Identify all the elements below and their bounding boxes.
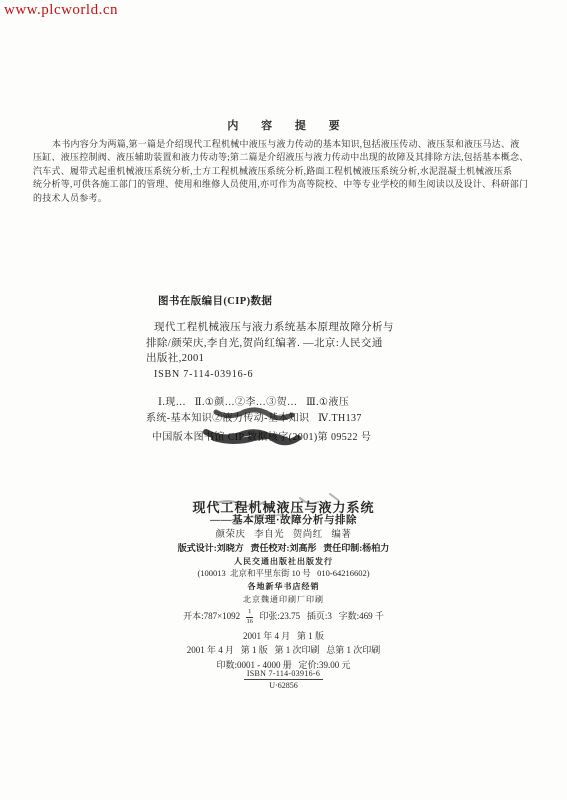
- cip-title-line: 现代工程机械液压与液力系统基本原理故障分析与: [154, 319, 394, 334]
- publisher-line: 人民交通出版社出版发行: [0, 556, 567, 567]
- book-copyright-page: www.plcworld.cn 内 容 提 要 本书内容分为两篇,第一篇是介绍现…: [0, 0, 567, 800]
- classification-number: U·62856: [244, 680, 323, 690]
- cip-registry-number: 中国版本图书馆 CIP 数据核字(2001)第 09522 号: [152, 428, 371, 443]
- fraction-numerator: 1: [246, 609, 253, 618]
- fraction-denominator: 16: [246, 618, 253, 626]
- cip-isbn: ISBN 7-114-03916-6: [154, 369, 253, 380]
- cip-author-line: 排除/颜荣庆,李自光,贺尚红编著. —北京:人民交通: [146, 335, 383, 350]
- summary-line: 压缸、液压控制阀、液压辅助装置和液力传动等;第二篇是介绍液压与液力传动中出现的故…: [33, 151, 543, 164]
- staff-credits-line: 版式设计:刘晓方 责任校对:刘高彤 责任印制:杨柏力: [0, 541, 567, 554]
- edition-line2: 2001 年 4 月 第 1 版 第 1 次印刷 总第 1 次印刷: [0, 643, 567, 656]
- isbn-classification-block: ISBN 7-114-03916-6 U·62856: [0, 669, 567, 693]
- isbn-number: ISBN 7-114-03916-6: [244, 669, 323, 680]
- cip-classification-line2: 系统-基本知识②液力传动-基本知识 Ⅳ.TH137: [146, 409, 362, 424]
- format-line: 开本:787×1092116印张:23.75 插页:3 字数:469 千: [0, 609, 567, 625]
- distribution-line: 各地新华书店经销: [0, 581, 567, 592]
- summary-line: 统分析等,可供各施工部门的管理、使用和维修人员使用,亦可作为高等院校、中等专业学…: [33, 178, 543, 191]
- format-size: 开本:787×1092: [183, 611, 240, 621]
- edition-line1: 2001 年 4 月 第 1 版: [0, 629, 567, 642]
- summary-line: 汽车式、履带式起重机械液压系统分析,土方工程机械液压系统分析,路面工程机械液压系…: [33, 165, 543, 178]
- isbn-fraction: ISBN 7-114-03916-6 U·62856: [244, 669, 323, 690]
- summary-line: 本书内容分为两篇,第一篇是介绍现代工程机械中液压与液力传动的基本知识,包括液压传…: [33, 138, 543, 151]
- printer-line: 北京魏通印刷厂印刷: [0, 594, 567, 605]
- book-subtitle: ——基本原理·故障分析与排除: [0, 512, 567, 527]
- summary-title: 内 容 提 要: [0, 117, 567, 133]
- publisher-address: (100013 北京和平里东街 10 号 010-64216602): [0, 567, 567, 579]
- format-fraction: 116: [246, 609, 253, 625]
- cip-classification-line1: Ⅰ.现… Ⅱ.①颜…②李…③贺… Ⅲ.①液压: [158, 393, 349, 408]
- watermark-url: www.plcworld.cn: [4, 2, 118, 19]
- summary-paragraph: 本书内容分为两篇,第一篇是介绍现代工程机械中液压与液力传动的基本知识,包括液压传…: [33, 138, 543, 205]
- cip-publisher-line: 出版社,2001: [146, 350, 204, 365]
- cip-heading: 图书在版编目(CIP)数据: [158, 293, 272, 308]
- authors-line: 颜荣庆 李自光 贺尚红 编著: [0, 526, 567, 540]
- summary-line: 的技术人员参考。: [33, 192, 543, 205]
- format-details: 印张:23.75 插页:3 字数:469 千: [259, 611, 384, 621]
